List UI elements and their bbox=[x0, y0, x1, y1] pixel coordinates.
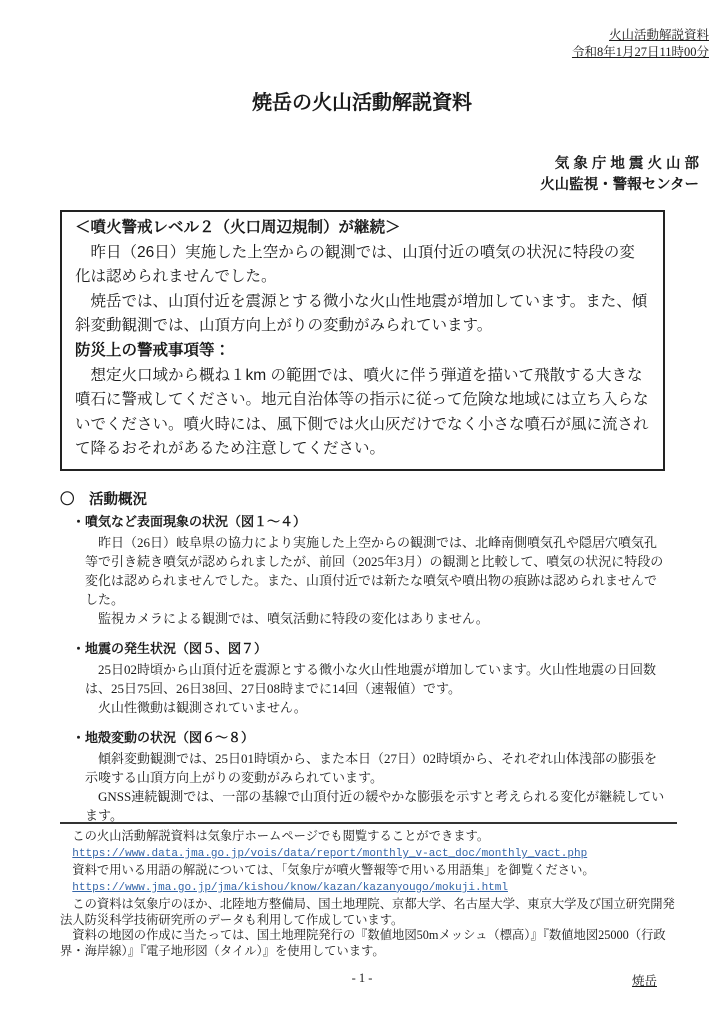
section-title-deformation: ・地殻変動の状況（図６～８） bbox=[72, 729, 672, 747]
footnote-line-2: 資料で用いる用語の解説については、「気象庁が噴火警報等で用いる用語集」を御覧くだ… bbox=[60, 863, 677, 879]
jma-monthly-report-link[interactable]: https://www.data.jma.go.jp/vois/data/rep… bbox=[72, 848, 587, 860]
section-title-earthquakes: ・地震の発生状況（図５、図７） bbox=[72, 640, 672, 658]
activity-overview: 〇 活動概況 ・噴気など表面現象の状況（図１～４） 昨日（26日）岐阜県の協力に… bbox=[60, 490, 672, 825]
footnote-line-1: この火山活動解説資料は気象庁ホームページでも閲覧することができます。 bbox=[60, 829, 677, 845]
alert-level-box: ＜噴火警戒レベル２（火口周辺規制）が継続＞ 昨日（26日）実施した上空からの観測… bbox=[60, 210, 665, 471]
footnote-line-3: この資料は気象庁のほか、北陸地方整備局、国土地理院、京都大学、名古屋大学、東京大… bbox=[60, 897, 677, 929]
document-page: 火山活動解説資料 令和8年1月27日11時00分 焼岳の火山活動解説資料 気 象… bbox=[0, 0, 724, 1024]
jma-glossary-link[interactable]: https://www.jma.go.jp/jma/kishou/know/ka… bbox=[72, 882, 508, 894]
warning-paragraph: 想定火口域から概ね１km の範囲では、噴火に伴う弾道を描いて飛散する大きな噴石に… bbox=[75, 364, 650, 462]
deformation-paragraph-2: GNSS連続観測では、一部の基線で山頂付近の緩やかな膨張を示すと考えられる変化が… bbox=[85, 787, 665, 825]
alert-paragraph-1: 昨日（26日）実施した上空からの観測では、山頂付近の噴気の状況に特段の変化は認め… bbox=[75, 241, 650, 290]
issue-datetime: 令和8年1月27日11時00分 bbox=[572, 44, 709, 61]
page-number: - 1 - bbox=[0, 971, 724, 986]
footnote-block: この火山活動解説資料は気象庁ホームページでも閲覧することができます。 https… bbox=[60, 822, 677, 960]
footnote-link-line-2: https://www.jma.go.jp/jma/kishou/know/ka… bbox=[60, 879, 677, 897]
surface-paragraph-1: 昨日（26日）岐阜県の協力により実施した上空からの観測では、北峰南側噴気孔や隠居… bbox=[85, 533, 665, 609]
section-body-deformation: 傾斜変動観測では、25日01時頃から、また本日（27日）02時頃から、それぞれ山… bbox=[85, 749, 665, 825]
section-body-surface: 昨日（26日）岐阜県の協力により実施した上空からの観測では、北峰南側噴気孔や隠居… bbox=[85, 533, 665, 628]
section-surface-phenomena: ・噴気など表面現象の状況（図１～４） 昨日（26日）岐阜県の協力により実施した上… bbox=[60, 513, 672, 628]
surface-paragraph-2: 監視カメラによる観測では、噴気活動に特段の変化はありません。 bbox=[85, 609, 665, 628]
alert-paragraph-2: 焼岳では、山頂付近を震源とする微小な火山性地震が増加しています。また、傾斜変動観… bbox=[75, 290, 650, 339]
section-crustal-deformation: ・地殻変動の状況（図６～８） 傾斜変動観測では、25日01時頃から、また本日（2… bbox=[60, 729, 672, 825]
agency-block: 気 象 庁 地 震 火 山 部 火山監視・警報センター bbox=[540, 154, 699, 196]
warning-heading: 防災上の警戒事項等： bbox=[75, 339, 650, 364]
footnote-line-4: 資料の地図の作成に当たっては、国土地理院発行の『数値地図50mメッシュ（標高）』… bbox=[60, 928, 677, 960]
deformation-paragraph-1: 傾斜変動観測では、25日01時頃から、また本日（27日）02時頃から、それぞれ山… bbox=[85, 749, 665, 787]
earthquake-paragraph-2: 火山性微動は観測されていません。 bbox=[85, 698, 665, 717]
page-title: 焼岳の火山活動解説資料 bbox=[0, 86, 724, 115]
volcano-name-footer: 焼岳 bbox=[632, 971, 657, 989]
alert-heading: ＜噴火警戒レベル２（火口周辺規制）が継続＞ bbox=[75, 216, 650, 241]
footnote-link-line-1: https://www.data.jma.go.jp/vois/data/rep… bbox=[60, 845, 677, 863]
section-body-earthquakes: 25日02時頃から山頂付近を震源とする微小な火山性地震が増加しています。火山性地… bbox=[85, 660, 665, 717]
activity-heading: 〇 活動概況 bbox=[60, 490, 672, 510]
earthquake-paragraph-1: 25日02時頃から山頂付近を震源とする微小な火山性地震が増加しています。火山性地… bbox=[85, 660, 665, 698]
doc-type-label: 火山活動解説資料 bbox=[572, 27, 709, 44]
section-earthquakes: ・地震の発生状況（図５、図７） 25日02時頃から山頂付近を震源とする微小な火山… bbox=[60, 640, 672, 717]
document-header: 火山活動解説資料 令和8年1月27日11時00分 bbox=[572, 27, 709, 61]
agency-department: 気 象 庁 地 震 火 山 部 bbox=[540, 154, 699, 175]
agency-center: 火山監視・警報センター bbox=[540, 175, 699, 196]
section-title-surface: ・噴気など表面現象の状況（図１～４） bbox=[72, 513, 672, 531]
